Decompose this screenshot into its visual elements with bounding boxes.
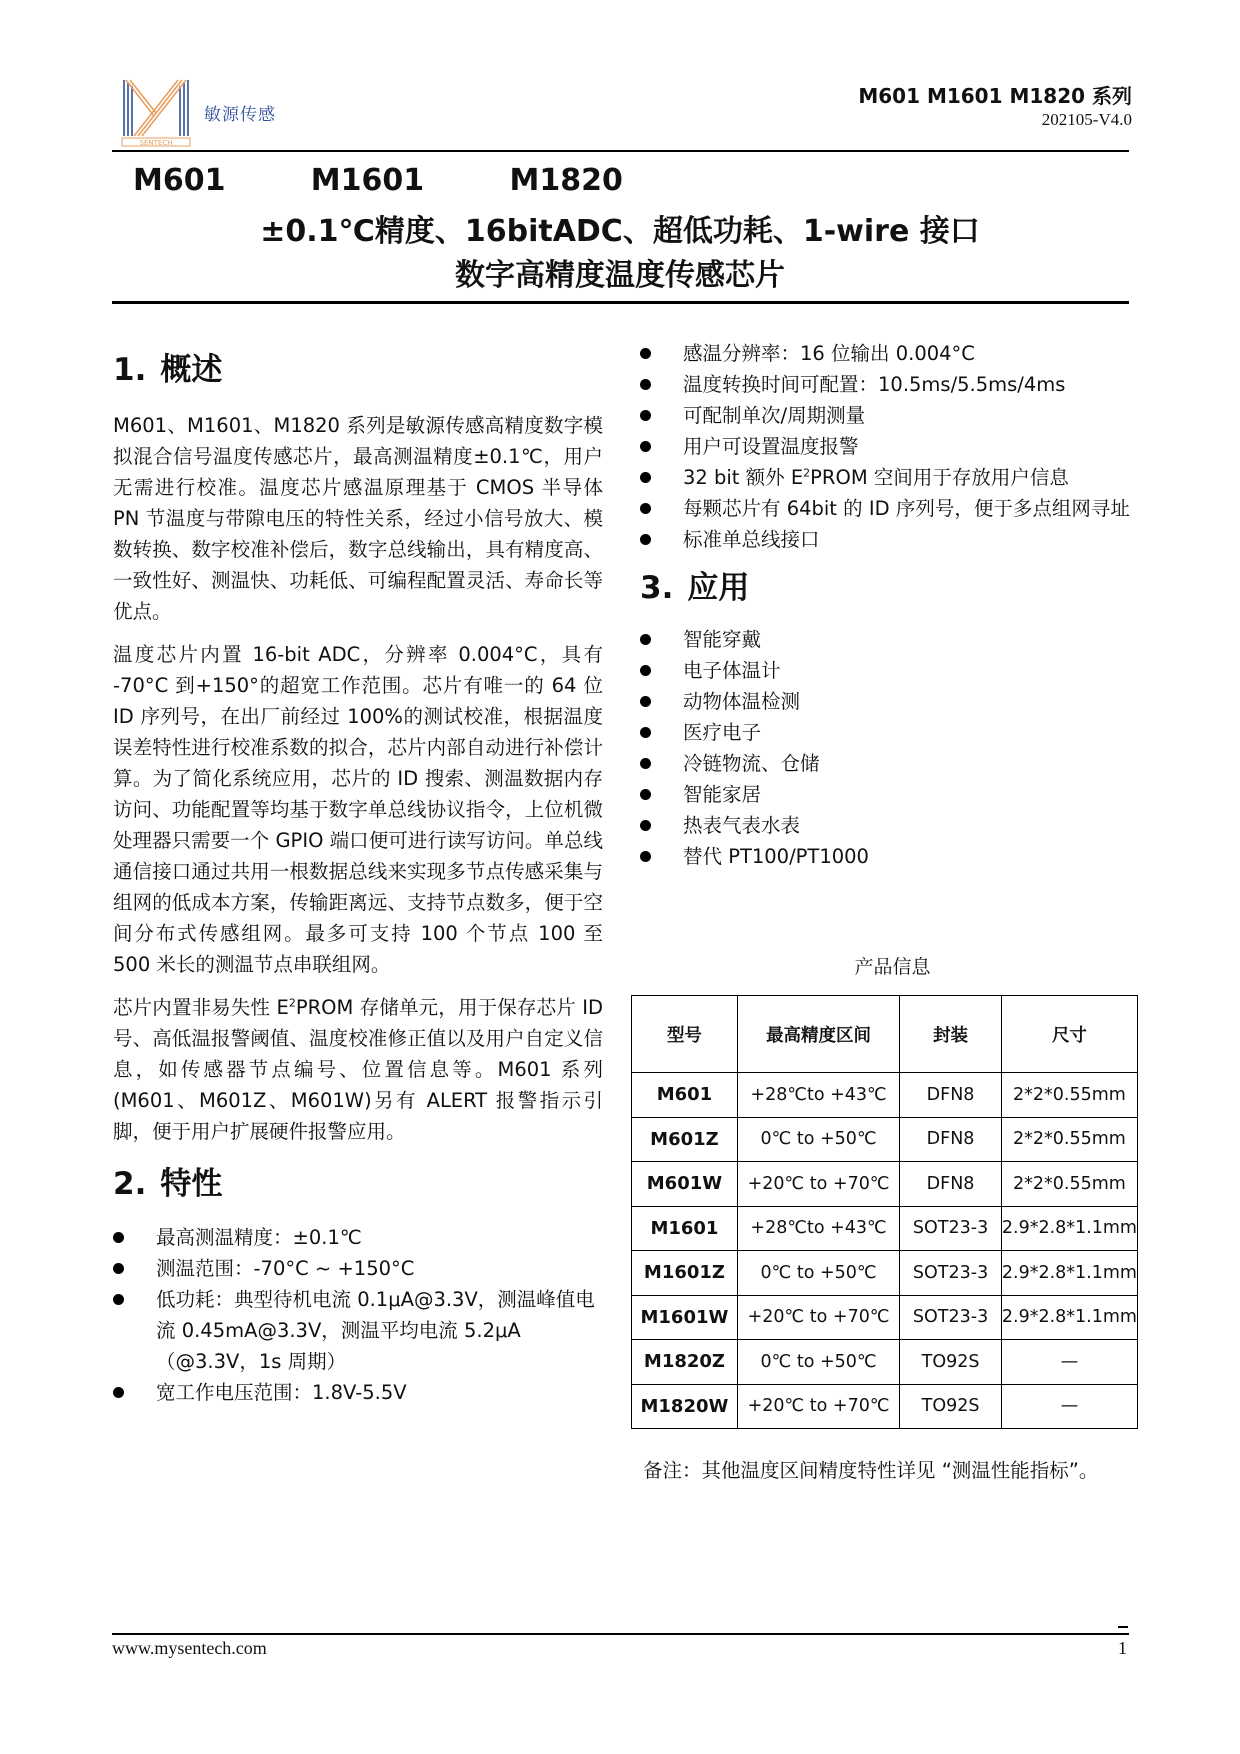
- svg-text:SENTECH: SENTECH: [140, 139, 173, 147]
- title-models: M601 M1601 M1820: [133, 163, 623, 198]
- list-item: 32 bit 额外 E2PROM 空间用于存放用户信息: [640, 462, 1130, 493]
- bullet-icon: [640, 758, 651, 769]
- bullet-icon: [640, 348, 651, 359]
- table-row: M1601W+20℃ to +70℃SOT23-32.9*2.8*1.1mm: [632, 1295, 1138, 1340]
- page-number: 1: [1118, 1638, 1127, 1659]
- table-row: M1601+28℃to +43℃SOT23-32.9*2.8*1.1mm: [632, 1206, 1138, 1251]
- list-item: 冷链物流、仓储: [640, 748, 1130, 779]
- features-list-right: 感温分辨率：16 位输出 0.004°C 温度转换时间可配置：10.5ms/5.…: [640, 338, 1130, 555]
- col-header-model: 型号: [632, 996, 738, 1073]
- list-item: 热表气表水表: [640, 810, 1130, 841]
- table-row: M601W+20℃ to +70℃DFN82*2*0.55mm: [632, 1162, 1138, 1207]
- bullet-icon: [640, 634, 651, 645]
- series-title: M601 M1601 M1820 系列: [858, 80, 1132, 109]
- table-header-row: 型号 最高精度区间 封装 尺寸: [632, 996, 1138, 1073]
- left-column: 1.概述 M601、M1601、M1820 系列是敏源传感高精度数字模拟混合信号…: [113, 355, 603, 1408]
- title-features: ±0.1℃精度、16bitADC、超低功耗、1-wire 接口: [0, 206, 1240, 250]
- bullet-icon: [640, 503, 651, 514]
- list-item: 感温分辨率：16 位输出 0.004°C: [640, 338, 1130, 369]
- title-divider: [112, 301, 1129, 304]
- bullet-icon: [640, 851, 651, 862]
- col-header-size: 尺寸: [1001, 996, 1137, 1073]
- footer-website-link[interactable]: www.mysentech.com: [112, 1638, 267, 1659]
- section-features-heading: 2.特性: [113, 1169, 603, 1200]
- bullet-icon: [640, 727, 651, 738]
- list-item: 每颗芯片有 64bit 的 ID 序列号，便于多点组网寻址: [640, 493, 1130, 524]
- overview-paragraph-3: 芯片内置非易失性 E2PROM 存储单元，用于保存芯片 ID 号、高低温报警阈值…: [113, 992, 603, 1147]
- list-item: 智能穿戴: [640, 624, 1130, 655]
- header-divider: [112, 150, 1129, 152]
- right-column: 感温分辨率：16 位输出 0.004°C 温度转换时间可配置：10.5ms/5.…: [640, 338, 1130, 872]
- section-applications-heading: 3.应用: [640, 573, 1130, 604]
- footer-divider: [112, 1633, 1129, 1635]
- list-item: 标准单总线接口: [640, 524, 1130, 555]
- table-row: M601+28℃to +43℃DFN82*2*0.55mm: [632, 1073, 1138, 1118]
- bullet-icon: [113, 1263, 124, 1274]
- overview-paragraph-2: 温度芯片内置 16-bit ADC，分辨率 0.004°C，具有 -70°C 到…: [113, 639, 603, 980]
- list-item: 动物体温检测: [640, 686, 1130, 717]
- applications-list: 智能穿戴 电子体温计 动物体温检测 医疗电子 冷链物流、仓储 智能家居 热表气表…: [640, 624, 1130, 872]
- product-table: 型号 最高精度区间 封装 尺寸 M601+28℃to +43℃DFN82*2*0…: [631, 995, 1138, 1429]
- bullet-icon: [640, 789, 651, 800]
- bullet-icon: [113, 1294, 124, 1305]
- list-item: 温度转换时间可配置：10.5ms/5.5ms/4ms: [640, 369, 1130, 400]
- doc-version: 202105-V4.0: [1042, 110, 1132, 130]
- logo-m-icon: SENTECH: [120, 76, 192, 148]
- table-caption: 产品信息: [630, 952, 1155, 979]
- bullet-icon: [640, 472, 651, 483]
- section-overview-heading: 1.概述: [113, 355, 603, 386]
- col-header-range: 最高精度区间: [737, 996, 899, 1073]
- bullet-icon: [640, 665, 651, 676]
- overview-paragraph-1: M601、M1601、M1820 系列是敏源传感高精度数字模拟混合信号温度传感芯…: [113, 410, 603, 627]
- col-header-package: 封装: [900, 996, 1002, 1073]
- bullet-icon: [640, 696, 651, 707]
- bullet-icon: [640, 379, 651, 390]
- table-row: M1601Z0℃ to +50℃SOT23-32.9*2.8*1.1mm: [632, 1251, 1138, 1296]
- list-item: 宽工作电压范围：1.8V-5.5V: [113, 1377, 603, 1408]
- logo-text: 敏源传感: [204, 100, 276, 125]
- bullet-icon: [113, 1232, 124, 1243]
- bullet-icon: [640, 441, 651, 452]
- list-item: 用户可设置温度报警: [640, 431, 1130, 462]
- list-item: 电子体温计: [640, 655, 1130, 686]
- bullet-icon: [640, 410, 651, 421]
- list-item: 最高测温精度：±0.1℃: [113, 1222, 603, 1253]
- list-item: 测温范围：-70°C ~ +150°C: [113, 1253, 603, 1284]
- list-item: 可配制单次/周期测量: [640, 400, 1130, 431]
- bullet-icon: [113, 1387, 124, 1398]
- table-row: M1820W+20℃ to +70℃TO92S—: [632, 1384, 1138, 1429]
- company-logo: SENTECH: [120, 76, 192, 148]
- list-item: 低功耗：典型待机电流 0.1μA@3.3V，测温峰值电流 0.45mA@3.3V…: [113, 1284, 603, 1377]
- list-item: 替代 PT100/PT1000: [640, 841, 1130, 872]
- title-product: 数字高精度温度传感芯片: [0, 250, 1240, 294]
- table-note: 备注：其他温度区间精度特性详见 “测温性能指标”。: [643, 1455, 1098, 1483]
- bullet-icon: [640, 534, 651, 545]
- list-item: 智能家居: [640, 779, 1130, 810]
- bullet-icon: [640, 820, 651, 831]
- features-list-left: 最高测温精度：±0.1℃ 测温范围：-70°C ~ +150°C 低功耗：典型待…: [113, 1222, 603, 1408]
- table-row: M1820Z0℃ to +50℃TO92S—: [632, 1340, 1138, 1385]
- table-row: M601Z0℃ to +50℃DFN82*2*0.55mm: [632, 1117, 1138, 1162]
- footer-page-mark: [1118, 1626, 1128, 1628]
- list-item: 医疗电子: [640, 717, 1130, 748]
